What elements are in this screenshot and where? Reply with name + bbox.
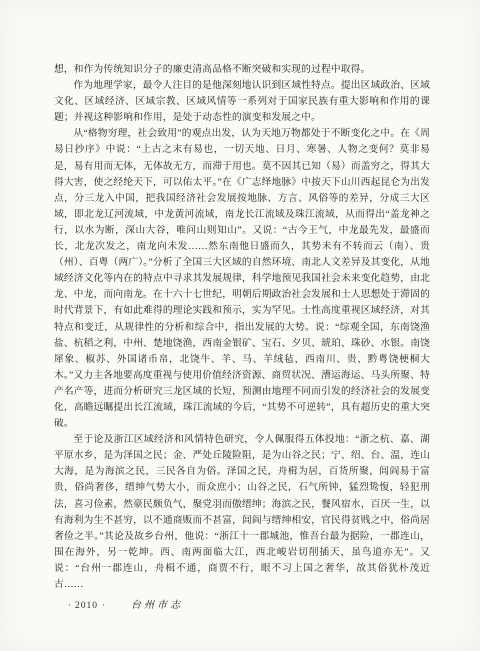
scanned-book-page: 想，和作为传统知识分子的廉吏清高品格不断突破和实现的过程中取得。 作为地理学家，… [0,0,480,651]
page-footer: ·2010·台州市志 [64,596,183,611]
paragraph-three-dragons-regional-economy: 从“格物穷理，社会致用”的观点出发，认为天地万物都处于不断变化之中。在《周易日抄… [54,126,430,432]
paragraph-geographer-regional-traits: 作为地理学家，最令人注目的是他深刻地认识到区域性特点。提出区域政治、区域文化、区… [54,78,430,126]
footer-dot-right: · [102,600,105,610]
footer-book-title: 台州市志 [131,600,183,611]
footer-dot-left: · [68,600,71,610]
paragraph-zhejiang-taizhou-customs: 至于论及浙江区域经济和风情特色研究，令人佩服得五体投地：“浙之杭、嘉、湖平原水乡… [54,432,430,593]
page-body-text: 想，和作为传统知识分子的廉吏清高品格不断突破和实现的过程中取得。 作为地理学家，… [54,62,430,593]
paragraph-continuation: 想，和作为传统知识分子的廉吏清高品格不断突破和实现的过程中取得。 [54,62,430,78]
footer-page-number: 2010 [75,601,98,611]
